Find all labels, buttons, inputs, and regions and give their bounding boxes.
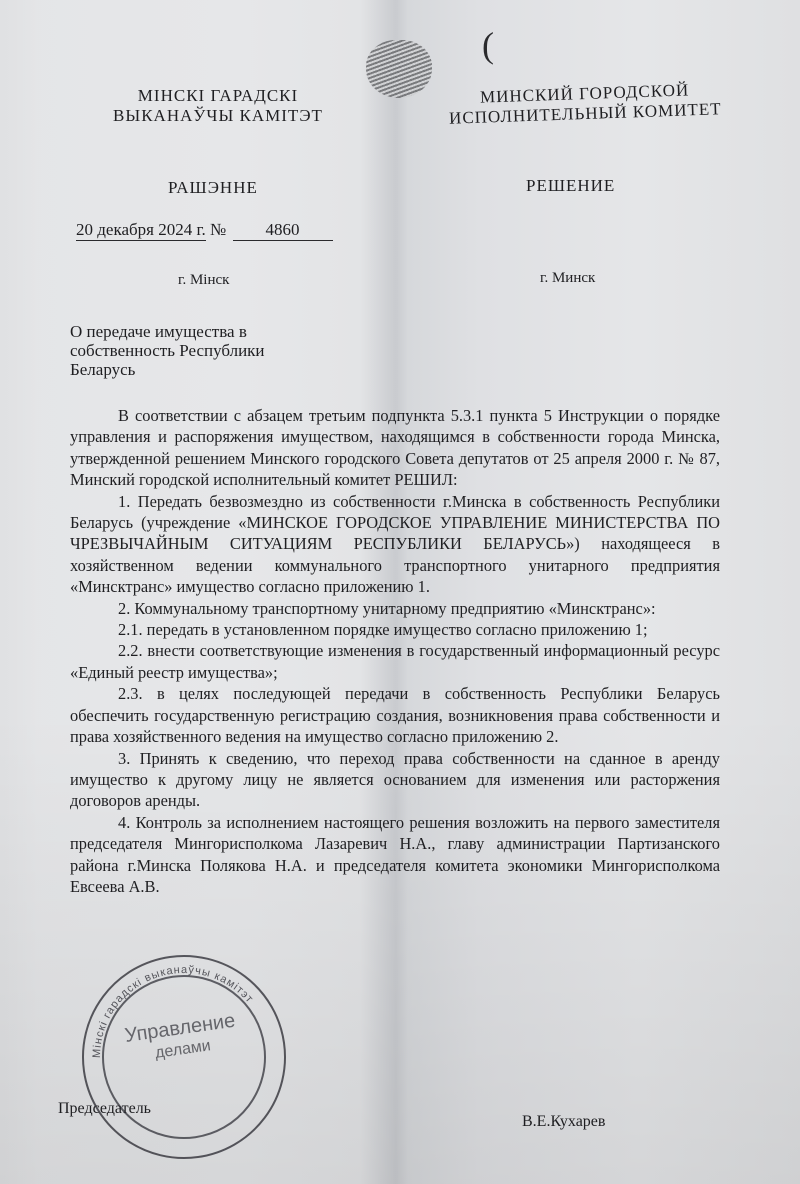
item-1: 1. Передать безвозмездно из собственност… <box>70 491 720 598</box>
city-belarusian: г. Мінск <box>178 272 229 289</box>
org-name-belarusian: МІНСКІ ГАРАДСКІ ВЫКАНАЎЧЫ КАМІТЭТ <box>98 86 338 126</box>
state-emblem-icon <box>366 40 432 98</box>
item-2-2: 2.2. внести соответствующие изменения в … <box>70 640 720 683</box>
preamble-paragraph: В соответствии с абзацем третьим подпунк… <box>70 405 720 491</box>
decision-body: В соответствии с абзацем третьим подпунк… <box>70 405 720 897</box>
city-russian: г. Минск <box>540 270 595 287</box>
subject-line: собственность Республики <box>70 341 340 360</box>
item-2-1: 2.1. передать в установленном порядке им… <box>70 619 720 640</box>
document-page: ( МІНСКІ ГАРАДСКІ ВЫКАНАЎЧЫ КАМІТЭТ МИНС… <box>0 0 800 1184</box>
item-2-3: 2.3. в целях последующей передачи в собс… <box>70 683 720 747</box>
subject-heading: О передаче имущества в собственность Рес… <box>70 322 340 379</box>
signatory-name: В.Е.Кухарев <box>522 1113 605 1131</box>
subject-line: О передаче имущества в <box>70 322 340 341</box>
date-number-line: 20 декабря 2024 г. № 4860 <box>76 220 333 241</box>
decision-date: 20 декабря 2024 г. <box>76 220 206 241</box>
item-4: 4. Контроль за исполнением настоящего ре… <box>70 812 720 898</box>
item-2: 2. Коммунальному транспортному унитарном… <box>70 598 720 619</box>
org-name-russian: МИНСКИЙ ГОРОДСКОЙ ИСПОЛНИТЕЛЬНЫЙ КОМИТЕТ <box>439 79 730 129</box>
doc-title-belarusian: РАШЭННЕ <box>168 178 258 198</box>
subject-line: Беларусь <box>70 360 340 379</box>
org-name-line: МІНСКІ ГАРАДСКІ <box>98 86 338 106</box>
punch-mark: ( <box>482 24 494 66</box>
official-seal-stamp: Мінскі гарадскі выканаўчы камітэт Управл… <box>69 942 299 1172</box>
number-sign: № <box>210 220 226 239</box>
item-3: 3. Принять к сведению, что переход права… <box>70 748 720 812</box>
org-name-line: ВЫКАНАЎЧЫ КАМІТЭТ <box>98 106 338 126</box>
decision-number: 4860 <box>233 220 333 241</box>
doc-title-russian: РЕШЕНИЕ <box>526 176 615 196</box>
